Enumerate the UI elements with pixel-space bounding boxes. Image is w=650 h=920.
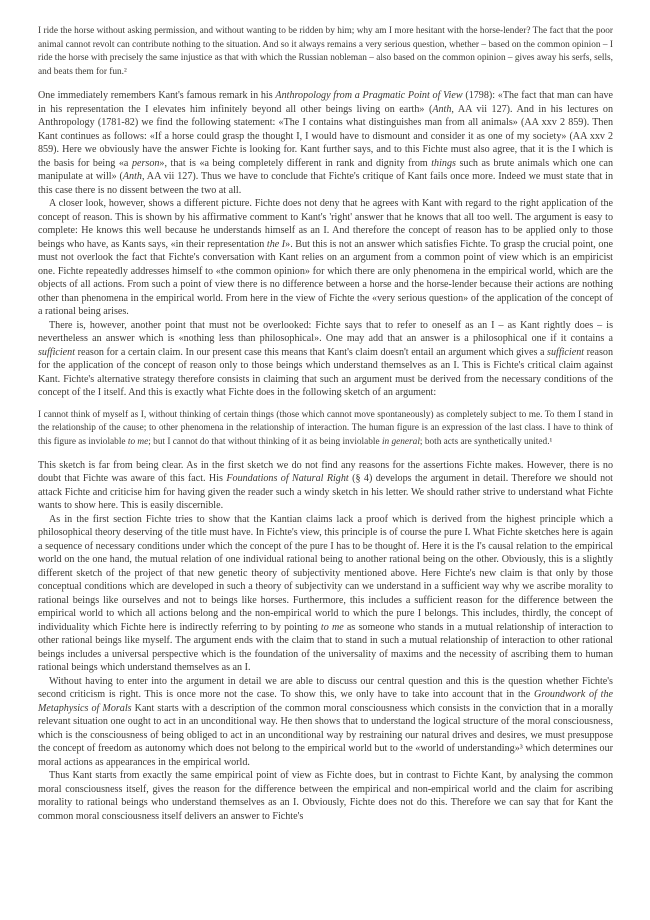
block-quote-fichte-argument: I cannot think of myself as I, without t…	[38, 409, 613, 450]
paragraph-first-section: As in the first section Fichte tries to …	[38, 513, 613, 675]
block-quote-horse-lender: I ride the horse without asking permissi…	[38, 25, 613, 79]
book-page: I ride the horse without asking permissi…	[0, 0, 650, 920]
paragraph-central-question: Without having to enter into the argumen…	[38, 675, 613, 770]
paragraph-closer-look: A closer look, however, shows a differen…	[38, 197, 613, 319]
paragraph-kant-anthropology: One immediately remembers Kant's famous …	[38, 89, 613, 197]
paragraph-another-point: There is, however, another point that mu…	[38, 319, 613, 400]
paragraph-sketch-unclear: This sketch is far from being clear. As …	[38, 459, 613, 513]
paragraph-thus-kant: Thus Kant starts from exactly the same e…	[38, 769, 613, 823]
